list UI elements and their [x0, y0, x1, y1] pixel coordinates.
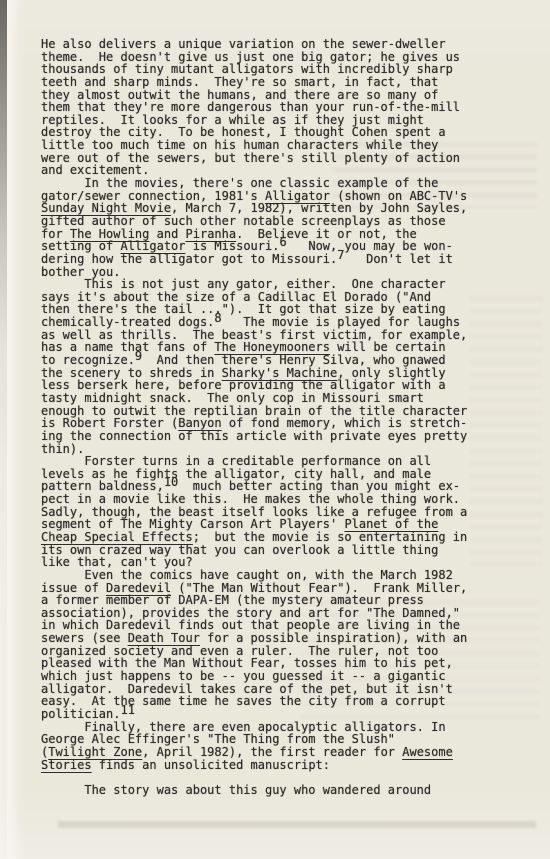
text-run: He also delivers a unique variation on t…: [41, 38, 446, 51]
footnote-ref: 7: [337, 249, 344, 262]
text-run: , April 1982), the first reader for: [142, 746, 402, 759]
text-line: sewers (see Death Tour for a possible in…: [41, 632, 511, 645]
text-run: a former member of DAPA-EM (the mystery …: [41, 594, 424, 607]
text-run: sewers (see: [41, 632, 128, 645]
text-run: And then there's Henry Silva, who gnawed: [142, 354, 445, 367]
text-run: ; but the movie is so entertaining in: [193, 531, 468, 544]
text-line: to recognize.9 And then there's Henry Si…: [41, 354, 511, 367]
footnote-ref: 8: [214, 312, 221, 325]
text-line: George Alec Effinger's "The Thing from t…: [41, 733, 511, 746]
text-run: ing the connection of this article with …: [41, 430, 467, 443]
underlined-title: Twilight Zone: [48, 746, 142, 759]
text-line: The story was about this guy who wandere…: [41, 784, 511, 797]
text-line: teeth and sharp minds. They're so smart,…: [41, 76, 511, 89]
text-line: gifted author of such other notable scre…: [41, 215, 511, 228]
text-run: This is not just any gator, either. One …: [41, 278, 446, 291]
text-run: politician.: [41, 708, 120, 721]
underlined-title: Stories: [41, 759, 92, 772]
text-run: them that they're more dangerous than yo…: [41, 101, 460, 114]
footnote-ref: 11: [120, 704, 134, 717]
footnote-ref: 10: [164, 476, 178, 489]
text-line: [41, 771, 511, 784]
footnote-ref: 6: [279, 236, 286, 249]
text-run: to recognize.: [41, 354, 135, 367]
text-run: finds an unsolicited manuscript:: [92, 759, 330, 772]
underlined-title: Cheap Special Effects: [41, 531, 193, 544]
text-run: The story was about this guy who wandere…: [41, 784, 431, 797]
text-run: of fond memory, which is stretch-: [222, 417, 468, 430]
text-line: Even the comics have caught on, with the…: [41, 569, 511, 582]
text-run: tasty midnight snack. The only cop in Mi…: [41, 392, 424, 405]
text-line: them that they're more dangerous than yo…: [41, 101, 511, 114]
text-run: Now, you may be won-: [287, 240, 453, 253]
text-line: like that, can't you?: [41, 556, 511, 569]
text-line: In the movies, there's one classic examp…: [41, 177, 511, 190]
underlined-title: Awesome: [402, 746, 453, 759]
text-run: pect in a movie like this. He makes the …: [41, 493, 460, 506]
text-line: ing the connection of this article with …: [41, 430, 511, 443]
text-run: gifted author of such other notable scre…: [41, 215, 446, 228]
text-line: chemically-treated dogs.8 The movie is p…: [41, 316, 511, 329]
underlined-title: Alligator: [120, 240, 185, 253]
text-run: The movie is played for laughs: [222, 316, 460, 329]
text-line: Cheap Special Effects; but the movie is …: [41, 531, 511, 544]
text-run: teeth and sharp minds. They're so smart,…: [41, 76, 438, 89]
text-run: Even the comics have caught on, with the…: [41, 569, 453, 582]
text-line: a former member of DAPA-EM (the mystery …: [41, 594, 511, 607]
text-line: little too much time on his human charac…: [41, 139, 511, 152]
text-line: pect in a movie like this. He makes the …: [41, 493, 511, 506]
text-run: little too much time on his human charac…: [41, 139, 438, 152]
scan-edge-shadow: [0, 0, 7, 859]
text-run: setting of: [41, 240, 120, 253]
text-run: Don't let it: [344, 253, 452, 266]
text-run: which just happens to be -- you guessed …: [41, 670, 446, 683]
document-lines: He also delivers a unique variation on t…: [41, 38, 511, 796]
text-run: dering how the alligator got to Missouri…: [41, 253, 337, 266]
bleed-through-ghost-line: [58, 821, 536, 828]
text-run: In the movies, there's one classic examp…: [41, 177, 438, 190]
scanned-document-page: He also delivers a unique variation on t…: [0, 0, 550, 859]
footnote-ref: 9: [135, 350, 142, 363]
text-line: setting of Alligator is Missouri.6 Now, …: [41, 240, 511, 253]
text-line: (Twilight Zone, April 1982), the first r…: [41, 746, 511, 759]
text-line: is Robert Forster (Banyon of fond memory…: [41, 417, 511, 430]
underlined-title: Death Tour: [128, 632, 200, 645]
text-line: dering how the alligator got to Missouri…: [41, 253, 511, 266]
text-line: tasty midnight snack. The only cop in Mi…: [41, 392, 511, 405]
text-run: is Missouri.: [186, 240, 280, 253]
text-run: chemically-treated dogs.: [41, 316, 214, 329]
text-line: Forster turns in a creditable performanc…: [41, 455, 511, 468]
text-line: politician.11: [41, 708, 511, 721]
text-run: for a possible inspiration), with an: [200, 632, 467, 645]
scan-edge-highlight: [7, 0, 21, 859]
text-run: George Alec Effinger's "The Thing from t…: [41, 733, 395, 746]
text-line: He also delivers a unique variation on t…: [41, 38, 511, 51]
text-run: Forster turns in a creditable performanc…: [41, 455, 431, 468]
underlined-title: Banyon: [178, 417, 221, 430]
text-line: This is not just any gator, either. One …: [41, 278, 511, 291]
text-line: Stories finds an unsolicited manuscript:: [41, 759, 511, 772]
text-line: which just happens to be -- you guessed …: [41, 670, 511, 683]
text-run: is Robert Forster (: [41, 417, 178, 430]
